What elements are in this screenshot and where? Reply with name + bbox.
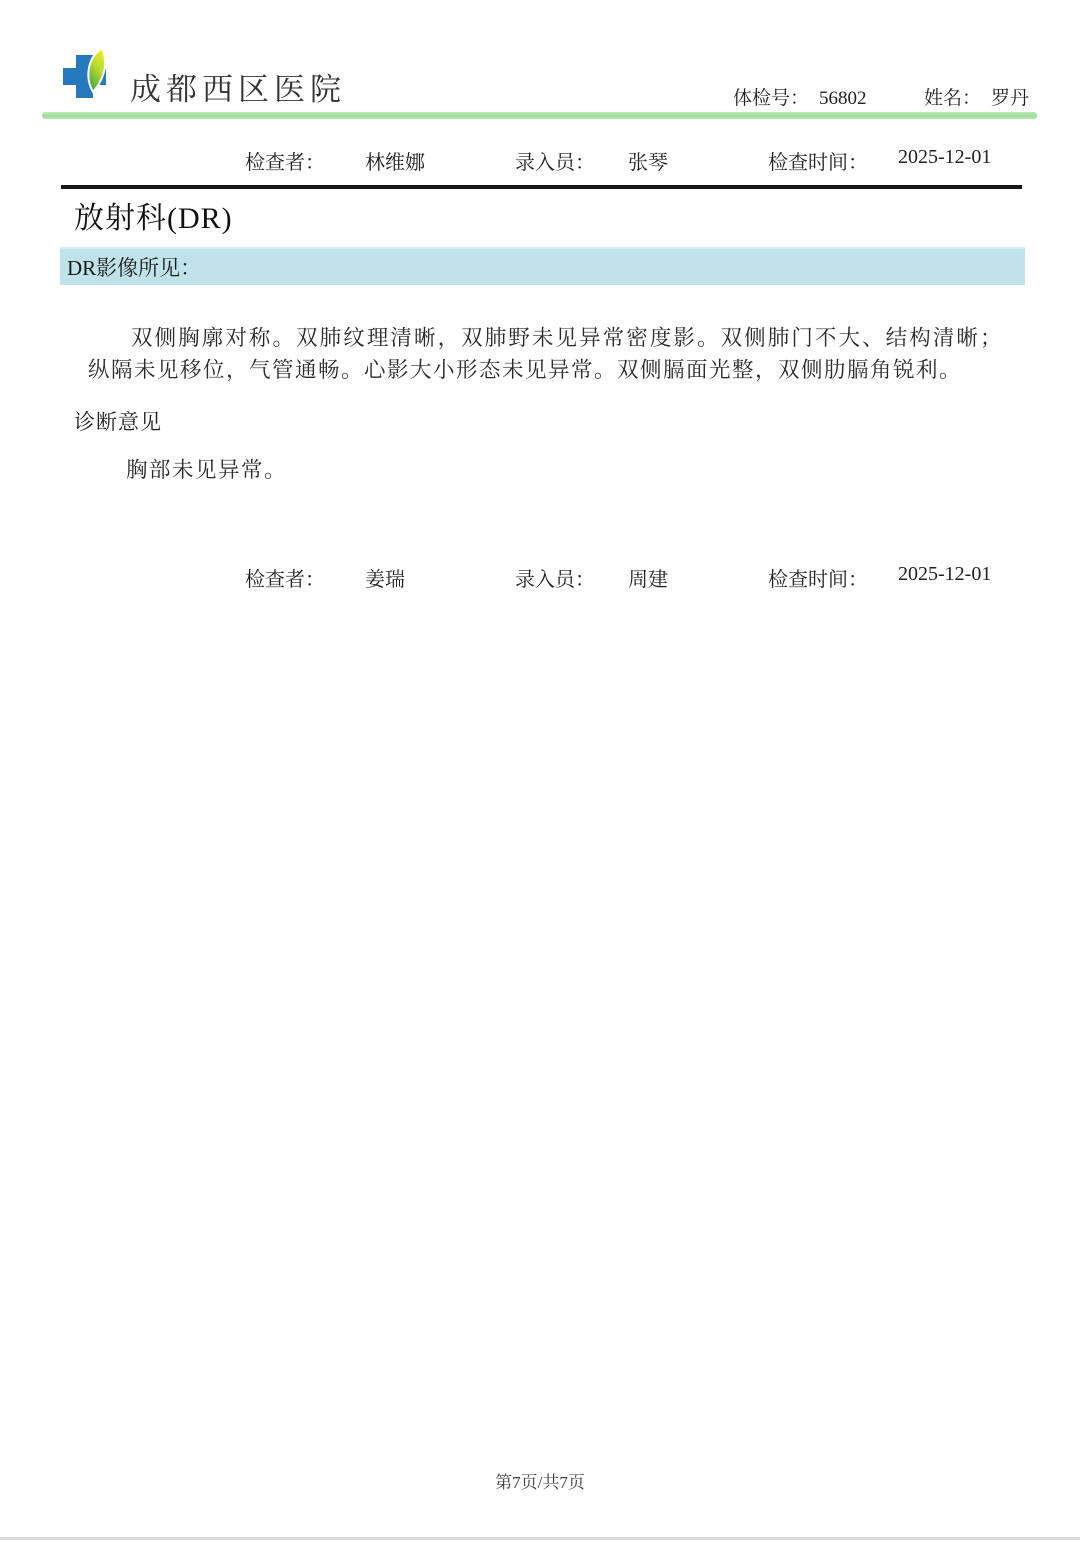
diagnosis-text: 胸部未见异常。 [126,453,287,484]
diagnosis-heading: 诊断意见 [74,406,162,436]
exam-number-value: 56802 [819,88,867,109]
patient-name-label: 姓名： [924,88,981,109]
findings-text: 双侧胸廓对称。双肺纹理清晰，双肺野未见异常密度影。双侧肺门不大、结构清晰；纵隔未… [88,322,1003,386]
checker-name: 林维娜 [365,146,425,175]
findings-banner-label: DR影像所见： [60,252,201,282]
section-title: 放射科(DR) [74,193,233,237]
recorder-name: 周建 [628,563,668,592]
recorder-label: 录入员： [515,146,595,175]
exam-time-label: 检查时间： [768,146,868,175]
exam-time-label: 检查时间： [768,563,868,592]
patient-name: 姓名：罗丹 [924,83,1029,110]
checker-label: 检查者： [245,146,325,175]
hospital-name: 成都西区医院 [130,64,346,109]
recorder-label: 录入员： [515,563,595,592]
checker-name: 姜瑞 [365,563,405,592]
page-bottom-edge [0,1537,1080,1540]
exam-time-value: 2025-12-01 [898,146,991,169]
cross-leaf-icon [57,92,121,109]
exam-number: 体检号：56802 [733,83,867,110]
exam-number-label: 体检号： [733,88,809,109]
examiner-row-top: 检查者： 林维娜 录入员： 张琴 检查时间： 2025-12-01 [0,146,1080,176]
page-indicator: 第7页/共7页 [0,1468,1080,1493]
recorder-name: 张琴 [628,146,668,175]
patient-name-value: 罗丹 [991,88,1029,109]
report-page: 成都西区医院 体检号：56802 姓名：罗丹 检查者： 林维娜 录入员： 张琴 … [0,0,1080,1542]
section-divider [61,185,1022,189]
exam-time-value: 2025-12-01 [898,563,991,586]
checker-label: 检查者： [245,563,325,592]
header-divider-green [42,112,1037,119]
hospital-logo [57,47,121,105]
examiner-row-bottom: 检查者： 姜瑞 录入员： 周建 检查时间： 2025-12-01 [0,563,1080,593]
findings-banner: DR影像所见： [60,247,1025,285]
